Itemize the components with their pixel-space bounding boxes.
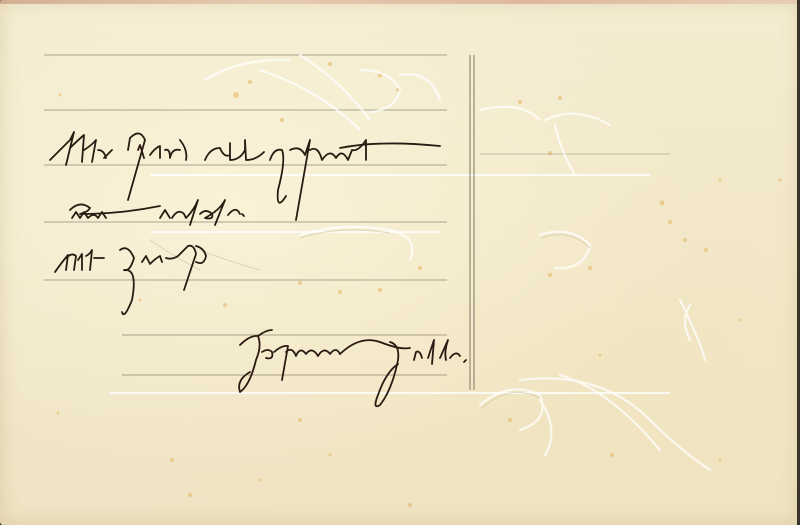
handwriting — [0, 0, 800, 525]
postcard: Wir sind alle gesund und wohl. Mit Gruß … — [0, 0, 800, 525]
